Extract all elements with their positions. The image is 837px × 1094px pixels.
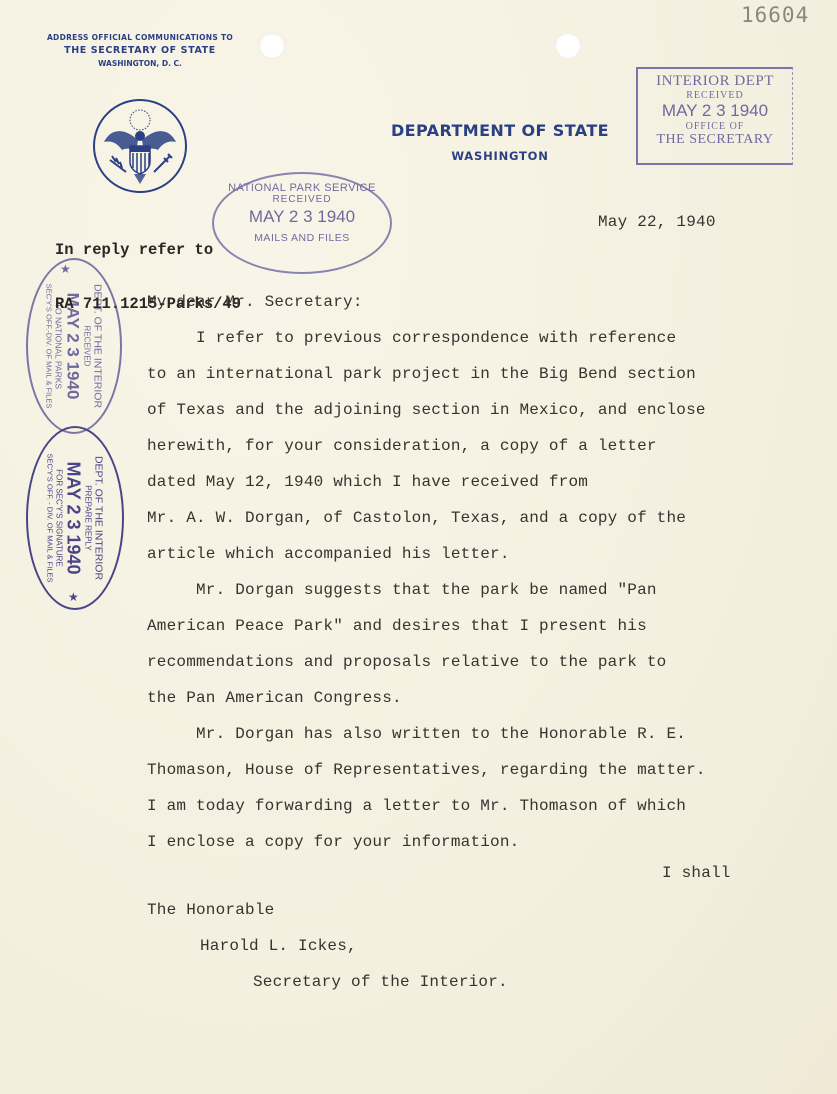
address-line-1: ADDRESS OFFICIAL COMMUNICATIONS TO [40, 33, 240, 42]
addressee-line-1: The Honorable [147, 892, 274, 928]
stamp-prepare-reply: PREPARE REPLY [84, 434, 93, 602]
body-line: Thomason, House of Representatives, rega… [147, 752, 706, 788]
letter-date: May 22, 1940 [598, 205, 716, 239]
star-icon: ★ [68, 590, 79, 604]
letter-body: I refer to previous correspondence with … [147, 320, 706, 860]
letterhead-address: ADDRESS OFFICIAL COMMUNICATIONS TO THE S… [40, 33, 240, 68]
great-seal-icon [92, 98, 188, 194]
salutation: My dear Mr. Secretary: [147, 284, 363, 320]
stamp-date: MAY 2 3 1940 [638, 101, 792, 121]
body-line: the Pan American Congress. [147, 680, 706, 716]
stamp-outer-bottom: SEC'Y'S OFF.-DIV. OF MAIL & FILES [45, 266, 54, 426]
address-line-3: WASHINGTON, D. C. [40, 59, 240, 68]
body-line: American Peace Park" and desires that I … [147, 608, 706, 644]
body-line: recommendations and proposals relative t… [147, 644, 706, 680]
stamp-line-4: FOR SEC'Y'S SIGNATURE [55, 434, 64, 602]
stamp-line-2: RECEIVED [638, 90, 792, 101]
body-line: Mr. Dorgan has also written to the Honor… [147, 716, 706, 752]
body-line: to an international park project in the … [147, 356, 706, 392]
continuation-text: I shall [662, 855, 731, 891]
department-name: DEPARTMENT OF STATE [372, 121, 628, 140]
addressee-name: Harold L. Ickes, [200, 928, 357, 964]
stamp-outer-top: DEPT. OF THE INTERIOR [93, 434, 105, 602]
body-line: I enclose a copy for your information. [147, 824, 706, 860]
interior-prepare-reply-stamp: DEPT. OF THE INTERIOR PREPARE REPLY MAY … [26, 426, 124, 610]
stamp-line-5: THE SECRETARY [638, 132, 792, 148]
body-line: article which accompanied his letter. [147, 536, 706, 572]
body-line: dated May 12, 1940 which I have received… [147, 464, 706, 500]
body-line: I refer to previous correspondence with … [147, 320, 706, 356]
body-line: of Texas and the adjoining section in Me… [147, 392, 706, 428]
nps-stamp-received: RECEIVED [214, 194, 390, 205]
punch-hole-right [555, 33, 581, 59]
reference-line-1: In reply refer to [55, 241, 241, 259]
body-line: Mr. A. W. Dorgan, of Castolon, Texas, an… [147, 500, 706, 536]
addressee-title: Secretary of the Interior. [253, 964, 508, 1000]
body-line: I am today forwarding a letter to Mr. Th… [147, 788, 706, 824]
department-heading: DEPARTMENT OF STATE WASHINGTON [372, 121, 628, 163]
punch-hole-left [259, 33, 285, 59]
body-line: Mr. Dorgan suggests that the park be nam… [147, 572, 706, 608]
stamp-line-1: INTERIOR DEPT [638, 73, 792, 90]
department-city: WASHINGTON [372, 149, 628, 163]
address-line-2: THE SECRETARY OF STATE [40, 45, 240, 56]
nps-stamp-top: NATIONAL PARK SERVICE [214, 182, 390, 194]
stamp-date: MAY 2 3 1940 [64, 434, 84, 602]
stamp-outer-bottom: SEC'Y'S OFF. - DIV. OF MAIL & FILES [46, 434, 55, 602]
file-number: 16604 [741, 3, 809, 27]
body-line: herewith, for your consideration, a copy… [147, 428, 706, 464]
stamp-line-4: OFFICE OF [638, 121, 792, 132]
interior-dept-received-stamp: INTERIOR DEPT RECEIVED MAY 2 3 1940 OFFI… [636, 67, 793, 165]
